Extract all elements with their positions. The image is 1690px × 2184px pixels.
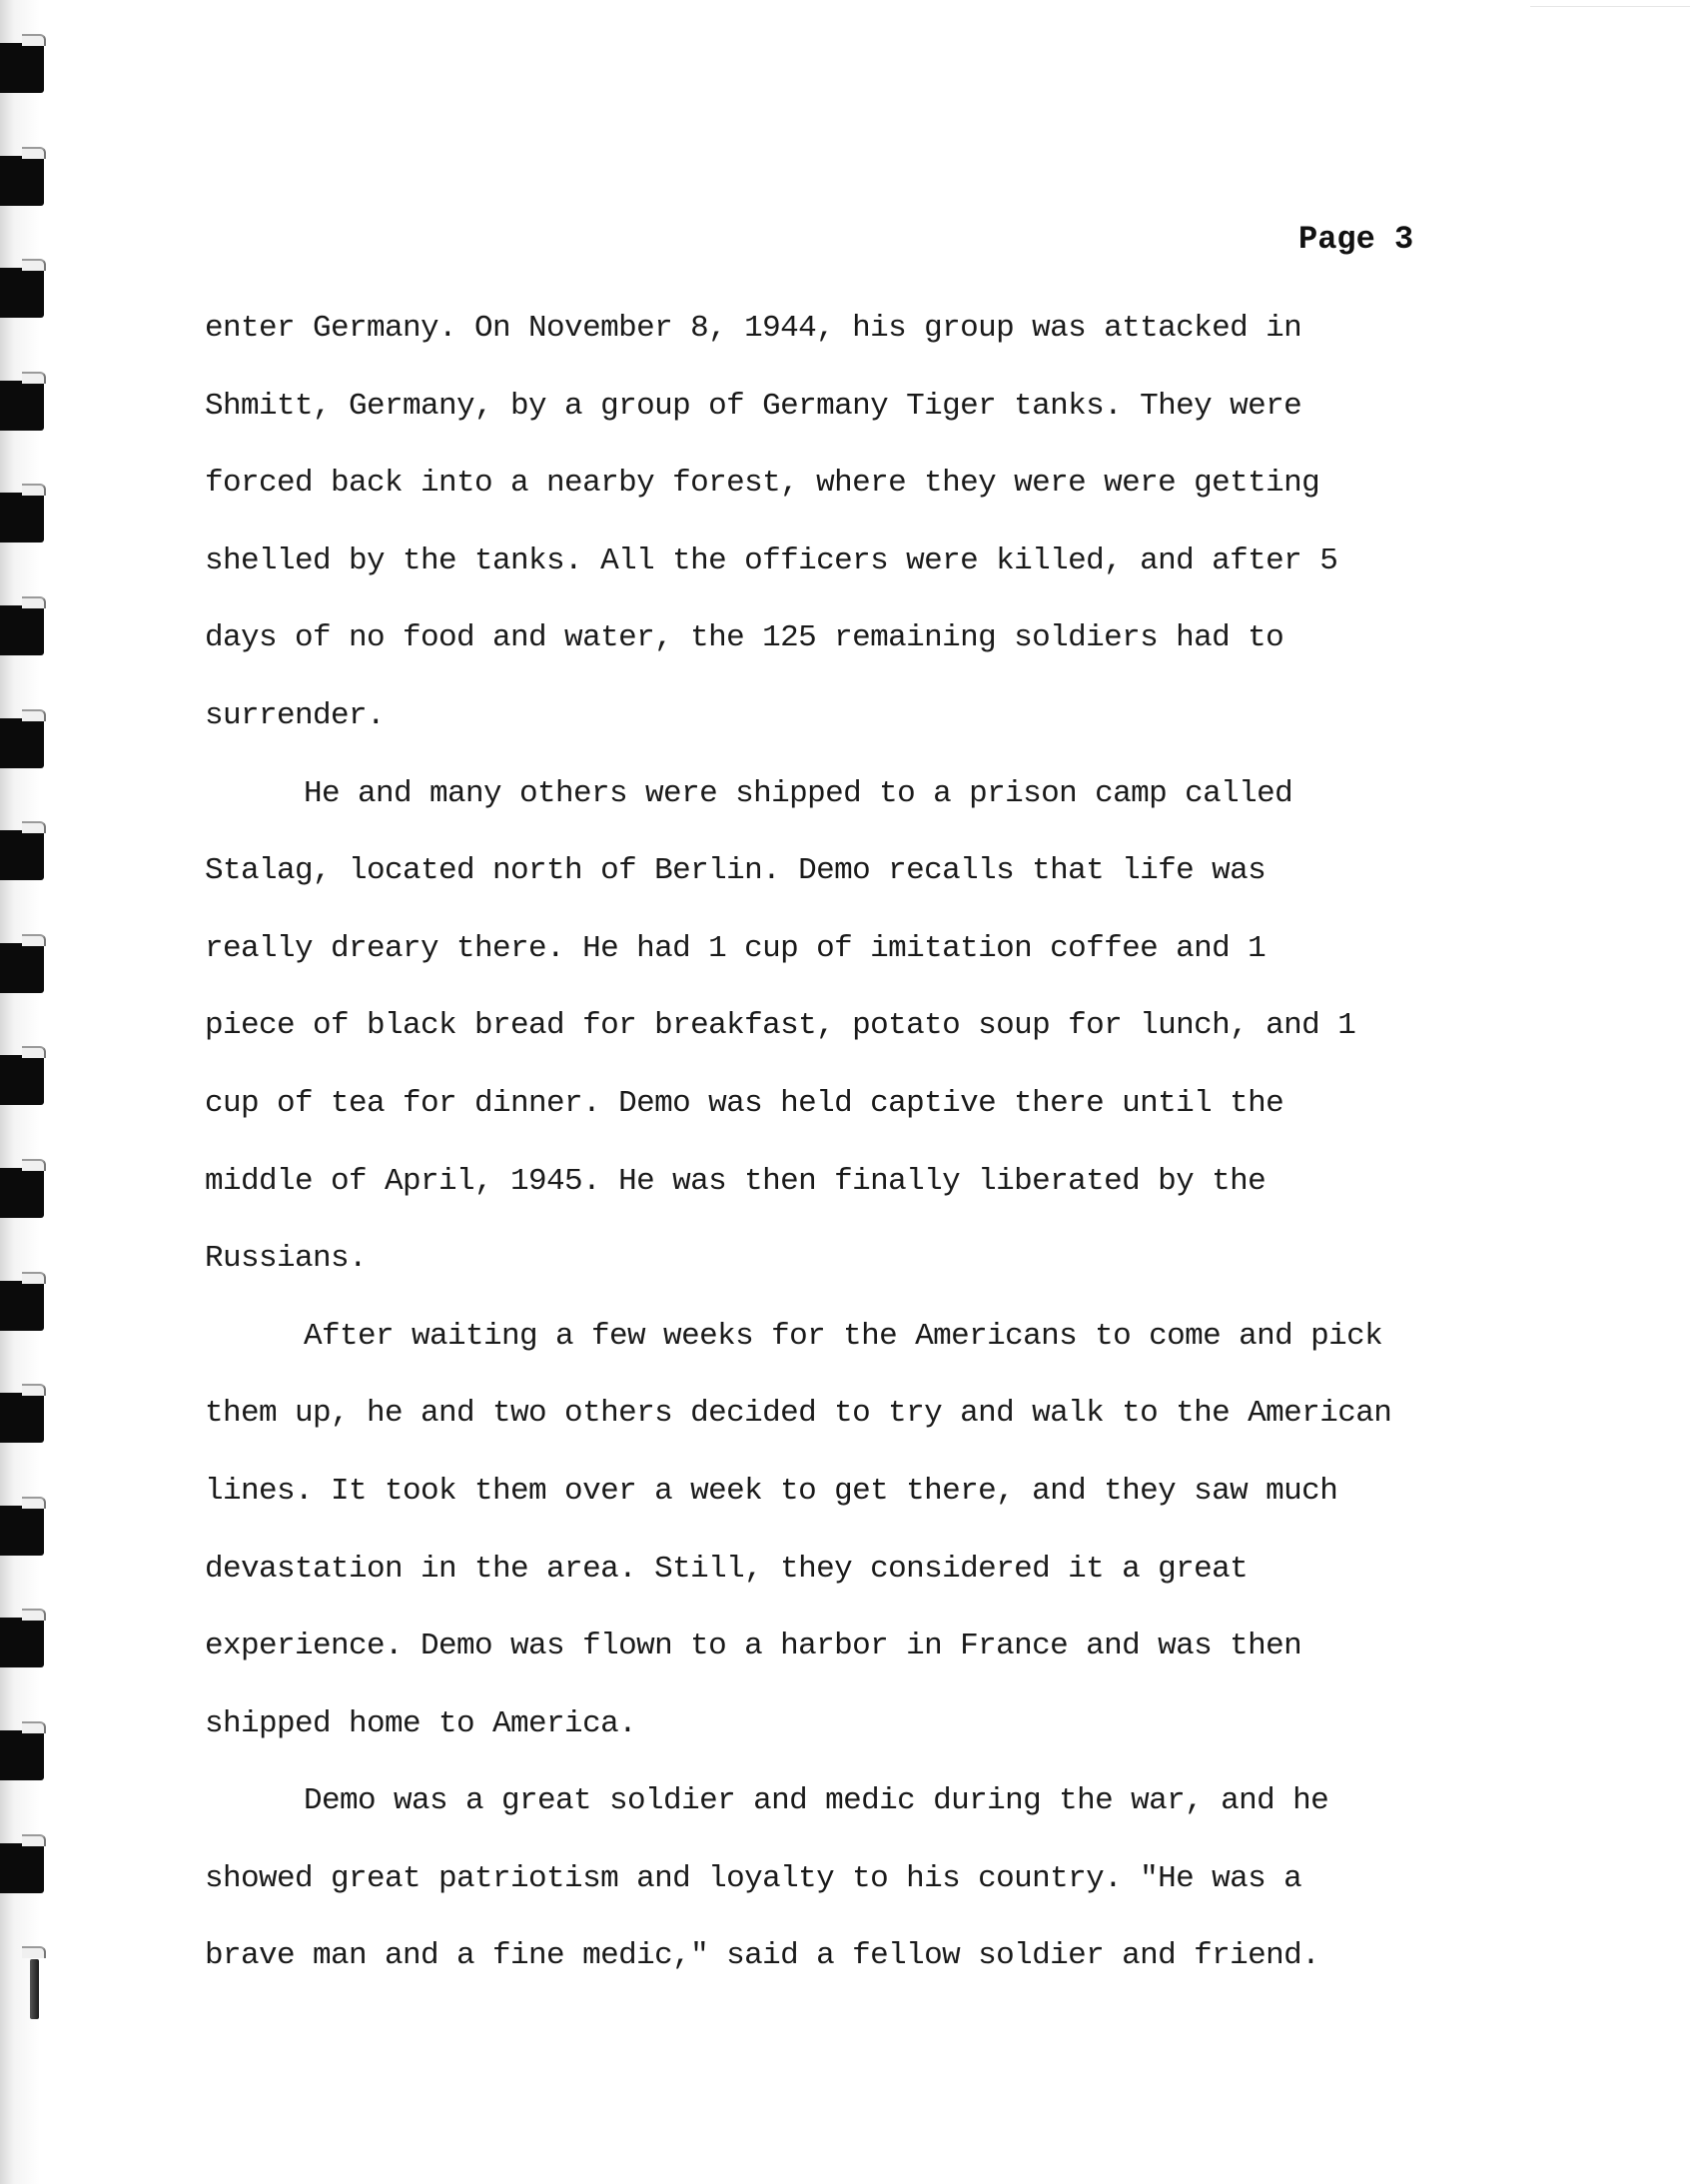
binding-hole-icon <box>0 1618 44 1667</box>
paragraph: After waiting a few weeks for the Americ… <box>205 1298 1523 1763</box>
text-line: cup of tea for dinner. Demo was held cap… <box>205 1065 1523 1143</box>
text-line: piece of black bread for breakfast, pota… <box>205 987 1523 1065</box>
text-line: surrender. <box>205 677 1523 755</box>
text-line: Russians. <box>205 1220 1523 1298</box>
text-line: devastation in the area. Still, they con… <box>205 1531 1523 1609</box>
text-line: lines. It took them over a week to get t… <box>205 1453 1523 1531</box>
text-line: Stalag, located north of Berlin. Demo re… <box>205 832 1523 910</box>
binding-hole-icon <box>0 1506 44 1556</box>
binding-hole-icon <box>0 43 44 93</box>
text-line: enter Germany. On November 8, 1944, his … <box>205 290 1523 368</box>
paragraph: He and many others were shipped to a pri… <box>205 755 1523 1298</box>
binding-hole-icon <box>0 830 44 880</box>
document-body: enter Germany. On November 8, 1944, his … <box>205 290 1523 1995</box>
text-line: experience. Demo was flown to a harbor i… <box>205 1608 1523 1685</box>
text-line: really dreary there. He had 1 cup of imi… <box>205 910 1523 988</box>
binding-hole-icon <box>0 1168 44 1218</box>
binding-hole-icon <box>0 1281 44 1331</box>
binding-hole-icon <box>0 156 44 206</box>
text-line: brave man and a fine medic," said a fell… <box>205 1917 1523 1995</box>
paragraph: Demo was a great soldier and medic durin… <box>205 1762 1523 1995</box>
text-line: forced back into a nearby forest, where … <box>205 445 1523 523</box>
paragraph: enter Germany. On November 8, 1944, his … <box>205 290 1523 755</box>
text-line: shipped home to America. <box>205 1685 1523 1763</box>
text-line: Shmitt, Germany, by a group of Germany T… <box>205 368 1523 446</box>
scan-edge-mark <box>1530 0 1690 7</box>
binding-hole-icon <box>0 268 44 318</box>
text-line: Demo was a great soldier and medic durin… <box>205 1762 1523 1840</box>
binding-hole-icon <box>0 381 44 431</box>
binding-hole-icon <box>0 1843 44 1893</box>
text-line: After waiting a few weeks for the Americ… <box>205 1298 1523 1376</box>
binding-hole-icon <box>0 943 44 993</box>
text-line: days of no food and water, the 125 remai… <box>205 599 1523 677</box>
binding-hole-icon <box>0 1055 44 1105</box>
text-line: shelled by the tanks. All the officers w… <box>205 523 1523 600</box>
scanned-page: Page 3 enter Germany. On November 8, 194… <box>0 0 1690 2184</box>
page-number: Page 3 <box>1298 221 1413 258</box>
comb-binding <box>0 0 60 2184</box>
binding-hole-icon <box>0 605 44 655</box>
binding-hole-icon <box>0 718 44 768</box>
binding-hole-icon <box>0 493 44 543</box>
text-line: showed great patriotism and loyalty to h… <box>205 1840 1523 1918</box>
binding-hole-icon <box>0 1955 44 2025</box>
text-line: middle of April, 1945. He was then final… <box>205 1143 1523 1221</box>
text-line: He and many others were shipped to a pri… <box>205 755 1523 833</box>
text-line: them up, he and two others decided to tr… <box>205 1375 1523 1453</box>
binding-hole-icon <box>0 1730 44 1780</box>
binding-hole-icon <box>0 1393 44 1443</box>
